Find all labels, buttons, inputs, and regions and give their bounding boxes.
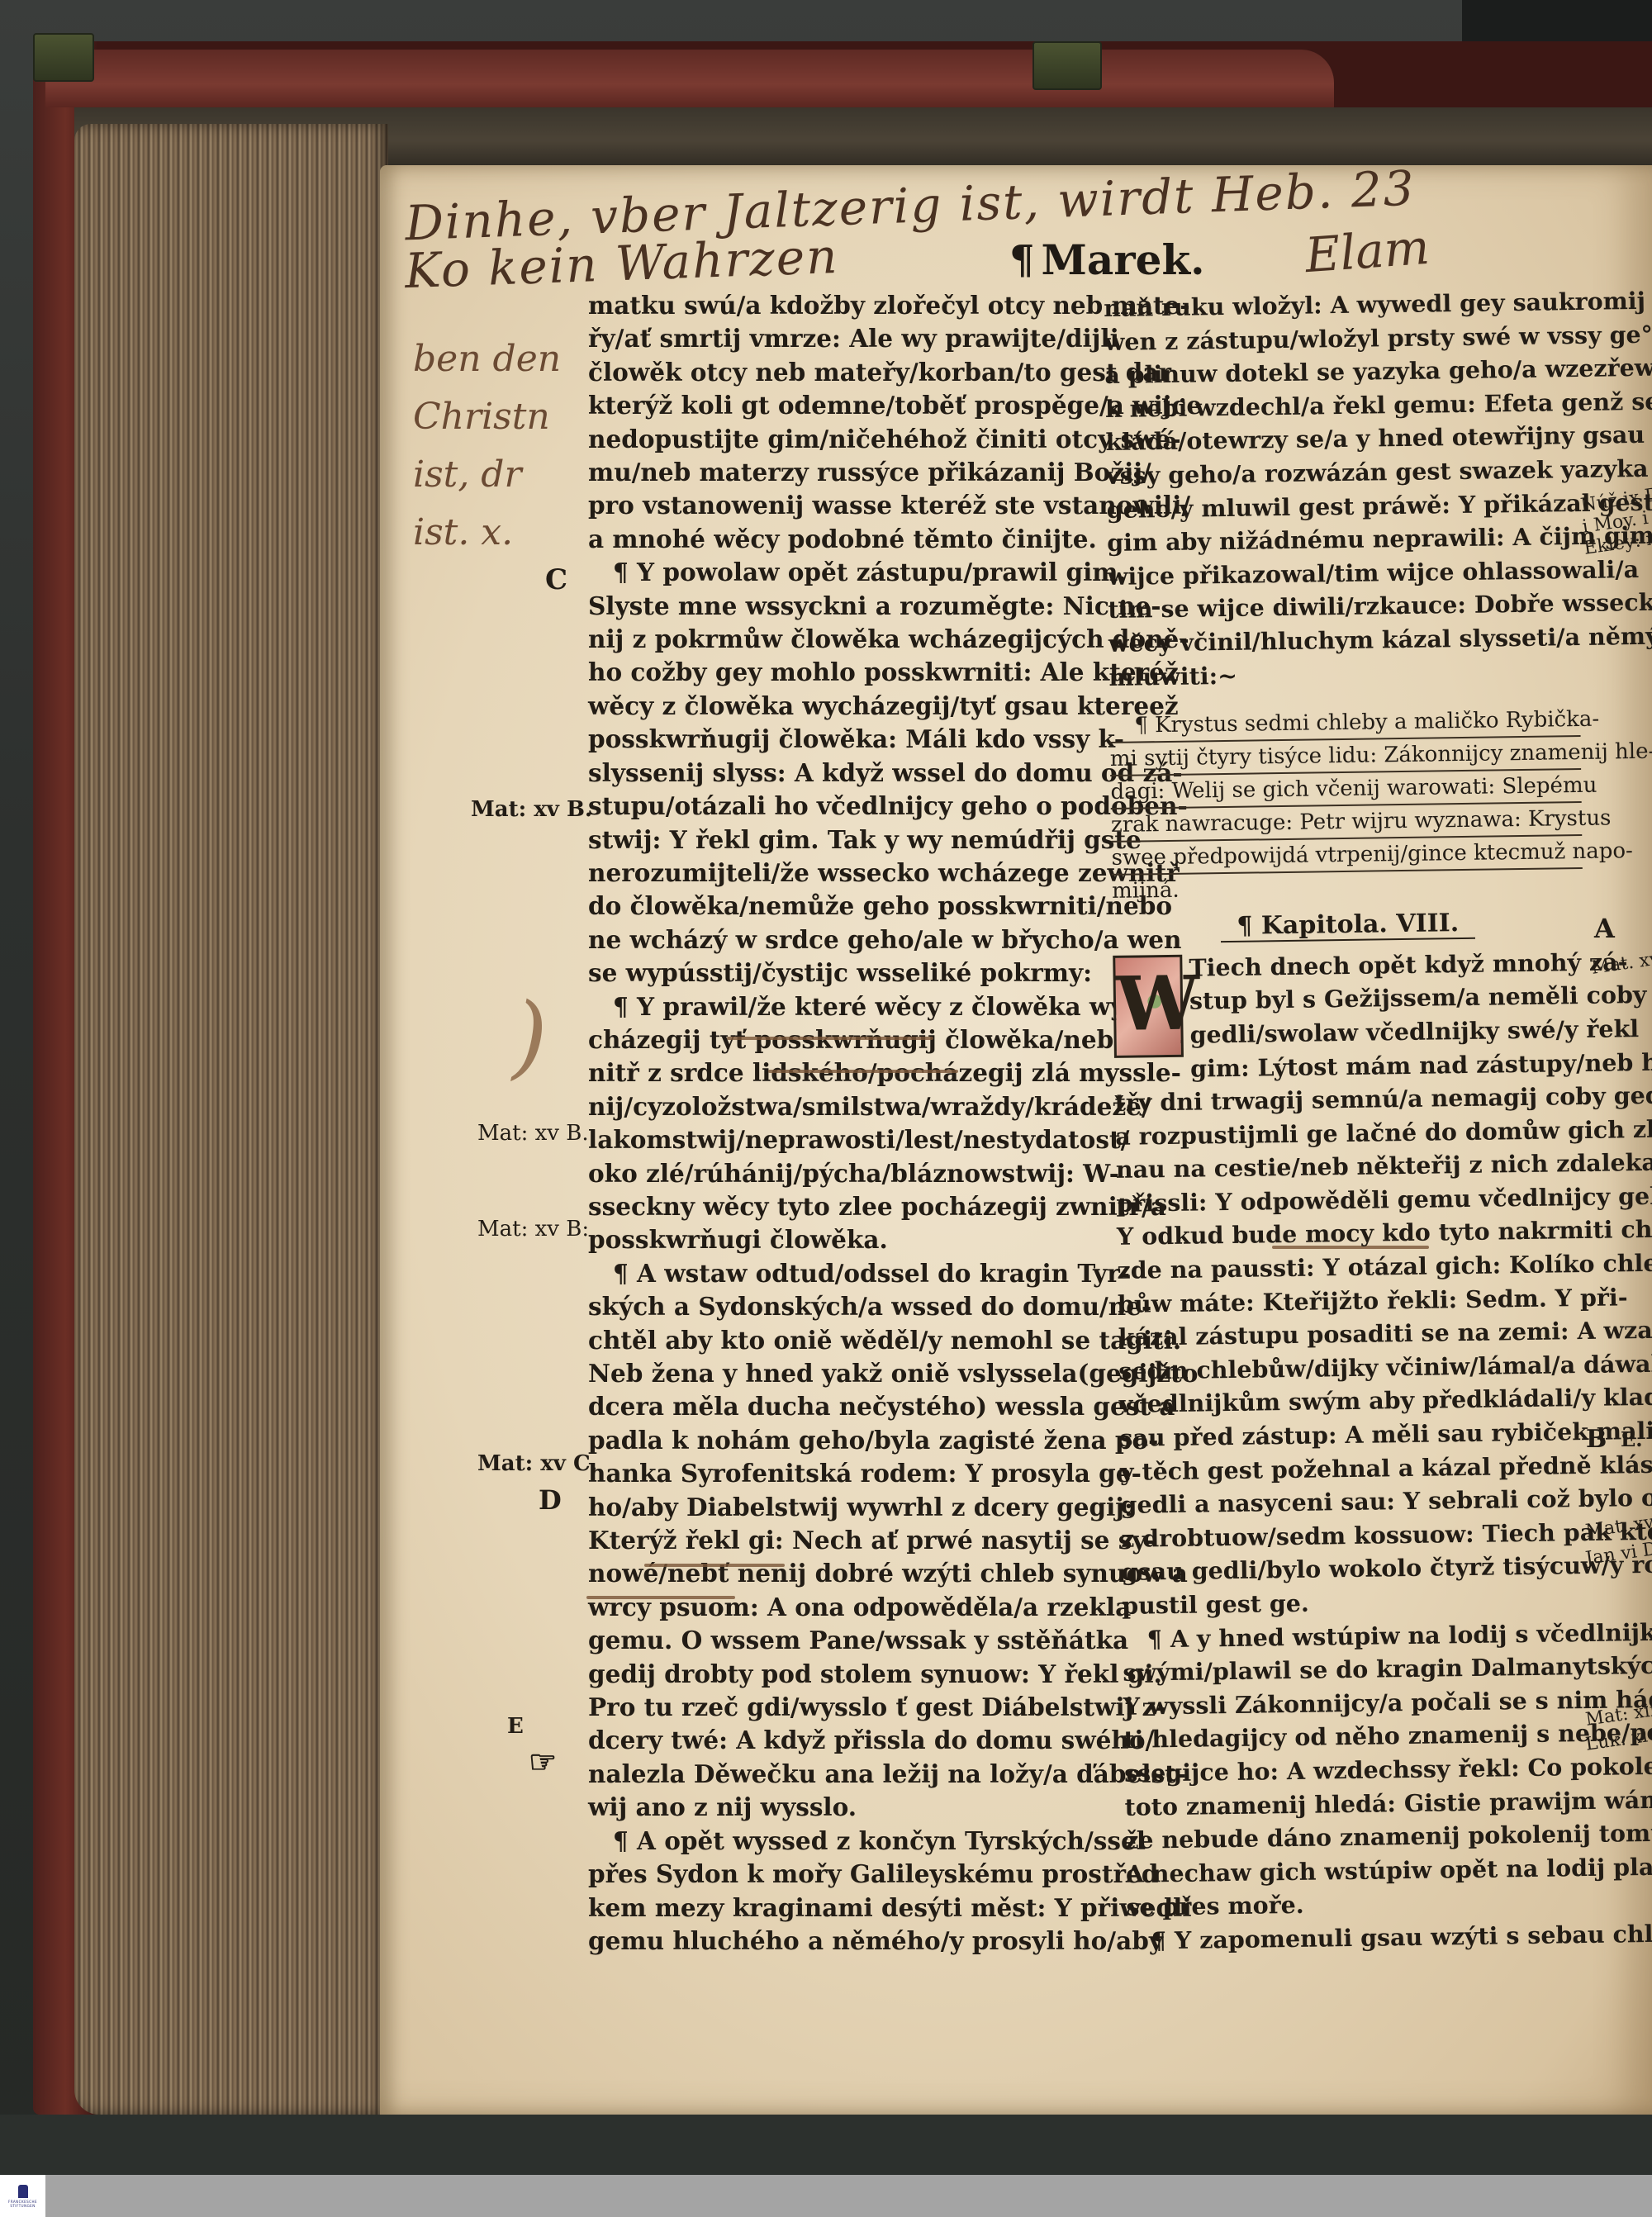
text-line: posskwrňugi člowěka. <box>588 1223 1092 1256</box>
handwritten-margin-line: Christn <box>413 388 578 446</box>
text-line: mu/neb materzy russýce přikázanij Božij/ <box>588 456 1092 489</box>
text-line: wij ano z nij wysslo. <box>588 1791 1092 1824</box>
marginal-note: Mat: xv C. <box>477 1451 597 1476</box>
pointing-hand-icon: ☞ <box>529 1743 557 1780</box>
text-line: hanka Syrofenitská rodem: Y prosyla ge- <box>588 1457 1092 1490</box>
handwritten-margin-line: ist, dr <box>413 446 578 504</box>
ink-underline <box>586 1596 735 1599</box>
text-line: dcery twé: A když přissla do domu swého/ <box>588 1724 1092 1757</box>
text-line: chtěl aby kto oniě wěděl/y nemohl se tag… <box>588 1324 1092 1357</box>
handwritten-margin-line: ist. x. <box>413 504 578 562</box>
text-line: cházegij tyť posskwrňugij člowěka/neb ze… <box>588 1023 1092 1056</box>
text-line: se wypússtij/čystijc wsseliké pokrmy: <box>588 957 1092 990</box>
text-line: ne wcházý w srdce geho/ale w břycho/a we… <box>588 923 1092 957</box>
text-line: lakomstwij/neprawosti/lest/nestydatost/ <box>588 1123 1092 1156</box>
text-line: nitř z srdce lidského/pocházegij zlá mys… <box>588 1056 1092 1090</box>
text-line: ¶ A opět wyssed z končyn Tyrských/ssel <box>588 1825 1092 1858</box>
brass-clasp <box>33 33 94 82</box>
text-line: pro vstanowenij wasse kteréž ste vstanow… <box>588 489 1092 522</box>
text-line: nerozumijteli/že wssecko wcházege zewnit… <box>588 857 1092 890</box>
text-line: ¶ A wstaw odtud/odssel do kragin Tyr- <box>588 1257 1092 1290</box>
handwritten-bracket-mark: ) <box>512 983 548 1089</box>
ink-underline <box>768 1070 958 1073</box>
text-line: Kterýž řekl gi: Nech ať prwé nasytij se … <box>588 1524 1092 1557</box>
pilcrow-icon: ¶ <box>1009 237 1035 283</box>
text-line: stupu/otázali ho včedlnijcy geho o podob… <box>588 790 1092 823</box>
institution-logo-text: STIFTUNGEN <box>10 2204 35 2208</box>
viewer-footer-bar <box>0 2175 1652 2217</box>
text-line: ho/aby Diabelstwij wywrhl z dcery gegij: <box>588 1491 1092 1524</box>
decorated-initial-letter: W <box>1113 954 1184 1057</box>
chapter-heading-text: ¶ Kapitola. VIII. <box>1220 909 1475 942</box>
ink-underline <box>644 1564 785 1567</box>
marginal-note: E. <box>1621 1427 1643 1451</box>
text-line: nij/cyzoložstwa/smilstwa/wraždy/krádeže/ <box>588 1090 1092 1123</box>
text-line: posskwrňugij člowěka: Máli kdo vssy k- <box>588 723 1092 756</box>
page-block-fore-edge <box>74 124 388 2115</box>
handwritten-margin-line: ben den <box>413 330 578 388</box>
text-column-right: naň ruku wložyl: A wywedl gey saukromijw… <box>1104 285 1597 1958</box>
chapter-heading: ¶ Kapitola. VIII. <box>1112 905 1583 946</box>
text-line: oko zlé/rúhánij/pýcha/bláznowstwij: W- <box>588 1157 1092 1190</box>
text-line: gsau gedli/bylo wokolo čtyrž tisýcuw/y r… <box>1121 1549 1593 1589</box>
brass-clasp <box>1032 41 1102 90</box>
marginal-note: Mat: xv B: <box>477 1217 589 1241</box>
text-line: Slyste mne wssyckni a rozuměgte: Nic ne- <box>588 590 1092 623</box>
text-line: padla k nohám geho/byla zagisté žena po- <box>588 1424 1092 1457</box>
running-head: ¶ Marek. <box>1009 235 1205 284</box>
text-line: stwij: Y řekl gim. Tak y wy nemúdřij gst… <box>588 824 1092 857</box>
text-line: Neb žena y hned yakž oniě vslyssela(gegi… <box>588 1357 1092 1390</box>
text-line: gemu hluchého a němého/y prosyli ho/aby <box>588 1925 1092 1958</box>
text-line: nowé/nebť nenij dobré wzýti chleb synuow… <box>588 1557 1092 1590</box>
text-line: nedopustijte gim/ničehéhož činiti otcy s… <box>588 423 1092 456</box>
text-line: A nechaw gich wstúpiw opět na lodij plaw… <box>1125 1851 1597 1892</box>
text-line: ských a Sydonských/a wssed do domu/ne- <box>588 1290 1092 1323</box>
book-spine-headband <box>45 50 1334 107</box>
text-line: ¶ Y powolaw opět zástupu/prawil gim. <box>588 556 1092 589</box>
text-line: kem mezy kraginami desýti měst: Y přiwed… <box>588 1892 1092 1925</box>
text-line: sseckny wěcy tyto zlee pocházegij zwnitř… <box>588 1190 1092 1223</box>
chapter-summary-line: mijná. <box>1112 869 1583 907</box>
text-line: gedij drobty pod stolem synuow: Y řekl g… <box>588 1658 1092 1691</box>
text-line: slyssenij slyss: A když wssel do domu od… <box>588 757 1092 790</box>
text-line: gemu. O wssem Pane/wssak y sstěňátka <box>588 1624 1092 1657</box>
text-line: ho cožby gey mohlo posskwrniti: Ale kter… <box>588 656 1092 689</box>
text-line: ¶ Y prawil/že které wěcy z člowěka wy- <box>588 990 1092 1023</box>
text-line: dcera měla ducha nečystého) wessla gest … <box>588 1390 1092 1423</box>
institution-logo-icon <box>18 2185 28 2198</box>
text-line: člowěk otcy neb mateřy/korban/to gest da… <box>588 356 1092 389</box>
marginal-note: Mat: xv B. <box>477 1121 589 1146</box>
marginal-note: B <box>1586 1425 1607 1454</box>
running-head-title: Marek. <box>1042 235 1205 284</box>
text-column-left: matku swú/a kdožby zlořečyl otcy neb mat… <box>588 289 1092 1958</box>
marginal-note: D <box>539 1484 562 1516</box>
text-line: nalezla Děwečku ana ležij na ložy/a ďábe… <box>588 1758 1092 1791</box>
handwritten-annotation-top: Elam <box>1303 219 1431 283</box>
text-line: matku swú/a kdožby zlořečyl otcy neb mat… <box>588 289 1092 322</box>
text-line: nij z pokrmůw člowěka wcházegijcých doně… <box>588 623 1092 656</box>
text-line: do člowěka/nemůže geho posskwrniti/nebo <box>588 890 1092 923</box>
text-line: wěcy včinil/hluchym kázal slysseti/a něm… <box>1108 620 1580 661</box>
text-line: Pro tu rzeč gdi/wysslo ť gest Diábelstwi… <box>588 1691 1092 1724</box>
text-line: wěcy z člowěka wycházegij/tyť gsau ktere… <box>588 690 1092 723</box>
institution-logo: FRANCKESCHE STIFTUNGEN <box>0 2175 45 2217</box>
text-line: ¶ Y zapomenuli gsau wzýti s sebau chle- <box>1127 1918 1598 1958</box>
text-line: přes Sydon k mořy Galileyskému prostřed <box>588 1858 1092 1891</box>
text-line: a mnohé wěcy podobné těmto činijte. <box>588 523 1092 556</box>
text-line: kterýž koli gt odemne/toběť prospěge/a w… <box>588 389 1092 422</box>
marginal-note: A <box>1594 913 1615 944</box>
marginal-note: E <box>507 1714 524 1739</box>
marginal-note: C <box>545 563 567 596</box>
text-line: řy/ať smrtij vmrze: Ale wy prawijte/dijl… <box>588 322 1092 355</box>
marginal-note: Mat: xv B. <box>471 797 592 822</box>
ink-underline <box>727 1037 933 1040</box>
handwritten-margin-note: ben den Christn ist, dr ist. x. <box>413 330 578 562</box>
